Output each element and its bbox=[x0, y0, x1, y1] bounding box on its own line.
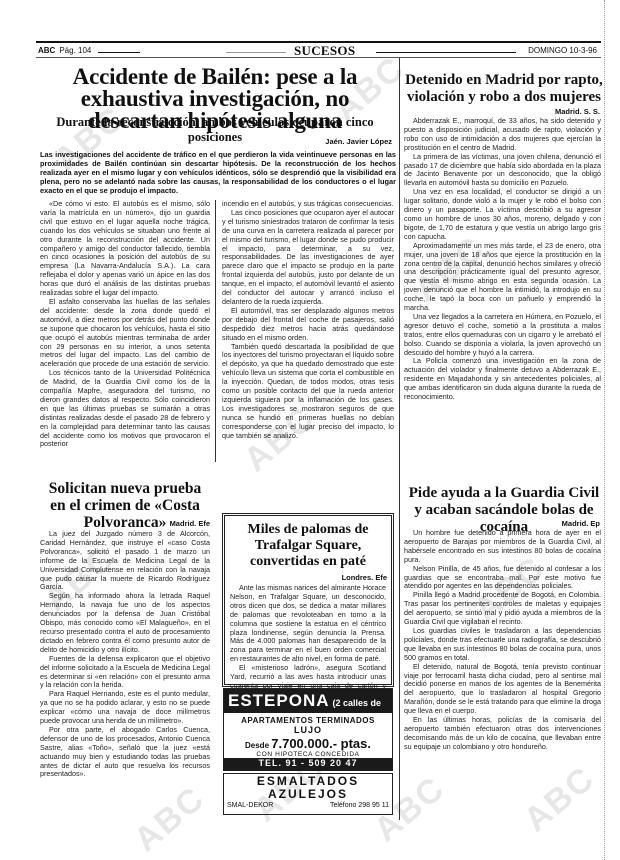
column-divider bbox=[399, 58, 400, 820]
header-rule bbox=[226, 52, 286, 53]
page-number: Pág. 104 bbox=[59, 46, 91, 55]
paragraph: Según ha informado ahora la letrada Raqu… bbox=[40, 592, 210, 654]
main-column-2: incendio en el autobús, y sus trágicas c… bbox=[222, 200, 394, 465]
paragraph: En las últimas horas, policías de la com… bbox=[404, 716, 601, 752]
palomas-box: Miles de palomas de Trafalgar Square, co… bbox=[222, 513, 394, 687]
main-lead: Las investigaciones del accidente de trá… bbox=[40, 150, 396, 195]
page-header: ABCPág. 104 SUCESOS DOMINGO 10-3-96 bbox=[36, 41, 601, 57]
ad-company: SMAL-DEKOR bbox=[227, 802, 273, 809]
paragraph: Abderrazak E., marroquí, de 33 años, ha … bbox=[404, 117, 601, 153]
paragraph: La primera de las víctimas, una joven ch… bbox=[404, 153, 601, 189]
paragraph: Por otra parte, el abogado Carlos Cuenca… bbox=[40, 726, 210, 779]
paragraph: Para Raquel Hernando, este es el punto m… bbox=[40, 690, 210, 726]
newspaper-page: ABC ABC ABC ABC ABC ABC ABC ABC ABC ABC … bbox=[0, 0, 620, 860]
paragraph: Un hombre fue detenido a primera hora de… bbox=[404, 529, 601, 565]
scan-edge bbox=[604, 0, 618, 860]
ad-price: Desde 7.700.000.- ptas. bbox=[224, 735, 392, 751]
paragraph: Ante las mismas narices del almirante Ho… bbox=[230, 584, 386, 664]
detenido-body: Abderrazak E., marroquí, de 33 años, ha … bbox=[404, 117, 601, 475]
ad-brand: ESTEPONA(2 calles de playa) bbox=[224, 689, 392, 713]
detenido-headline: Detenido en Madrid por rapto, violación … bbox=[404, 72, 604, 106]
ad-phone: TEL. 91 - 509 20 47 bbox=[223, 758, 393, 771]
paragraph: El detenido, natural de Bogotá, tenía pr… bbox=[404, 663, 601, 716]
ad-line: ESMALTADOS bbox=[224, 774, 392, 787]
estepona-phone: TEL. 91 - 509 20 47 bbox=[223, 757, 393, 771]
issue-date: DOMINGO 10-3-96 bbox=[528, 46, 597, 55]
paragraph: Aproximadamente un mes más tarde, el 23 … bbox=[404, 242, 601, 313]
detenido-byline: Madrid. S. S. bbox=[500, 107, 600, 116]
paragraph: Fuentes de la defensa explicaron que el … bbox=[40, 655, 210, 691]
esmaltados-ad: ESMALTADOS AZULEJOS SMAL-DEKOR Teléfono … bbox=[223, 773, 393, 815]
cocaina-body: Un hombre fue detenido a primera hora de… bbox=[404, 529, 601, 819]
page-label: ABCPág. 104 bbox=[38, 46, 91, 55]
paragraph: Una vez en esa localidad, el conductor s… bbox=[404, 188, 601, 241]
paragraph: Las cinco posiciones que ocuparon ayer e… bbox=[222, 209, 394, 307]
palomas-byline: Londres. Efe bbox=[225, 570, 391, 584]
paragraph: La juez del Juzgado número 3 de Alcorcón… bbox=[40, 530, 210, 592]
estepona-ad: ESTEPONA(2 calles de playa) APARTAMENTOS… bbox=[223, 688, 393, 768]
header-divider bbox=[36, 57, 601, 58]
costa-byline: Madrid. Efe bbox=[120, 519, 210, 528]
paragraph: El automóvil, tras ser desplazado alguno… bbox=[222, 307, 394, 343]
paragraph: También quedó descartada la posibilidad … bbox=[222, 343, 394, 441]
main-byline: Jaén. Javier López bbox=[300, 137, 392, 146]
main-column-1: «De cómo vi esto. El autobús es el mismo… bbox=[40, 200, 210, 460]
paragraph: La Policía comenzó una investigación en … bbox=[404, 357, 601, 402]
paragraph: Una vez llegados a la carretera en Húmer… bbox=[404, 313, 601, 358]
paragraph: Los técnicos tanto de la Universidad Pol… bbox=[40, 369, 210, 449]
paragraph: Pinilla llegó a Madrid procedente de Bog… bbox=[404, 591, 601, 627]
ad-phone: Teléfono 298 95 11 bbox=[330, 802, 389, 809]
costa-body: La juez del Juzgado número 3 de Alcorcón… bbox=[40, 530, 210, 812]
header-rule bbox=[98, 52, 140, 53]
paragraph: «De cómo vi esto. El autobús es el mismo… bbox=[40, 200, 210, 298]
column-divider bbox=[215, 200, 216, 462]
paragraph: El asfalto conservaba las huellas de las… bbox=[40, 298, 210, 369]
header-rule bbox=[376, 52, 516, 53]
ad-footer: SMAL-DEKOR Teléfono 298 95 11 bbox=[224, 801, 392, 810]
cocaina-byline: Madrid. Ep bbox=[500, 519, 600, 528]
palomas-body: Ante las mismas narices del almirante Ho… bbox=[225, 584, 391, 700]
ad-line: AZULEJOS bbox=[224, 787, 392, 801]
paragraph: Nelson Pinilla, de 45 años, fue detenido… bbox=[404, 565, 601, 592]
paragraph: Los guardias civiles le trasladaron a la… bbox=[404, 627, 601, 663]
publication-name: ABC bbox=[38, 46, 55, 55]
palomas-headline: Miles de palomas de Trafalgar Square, co… bbox=[225, 516, 391, 570]
